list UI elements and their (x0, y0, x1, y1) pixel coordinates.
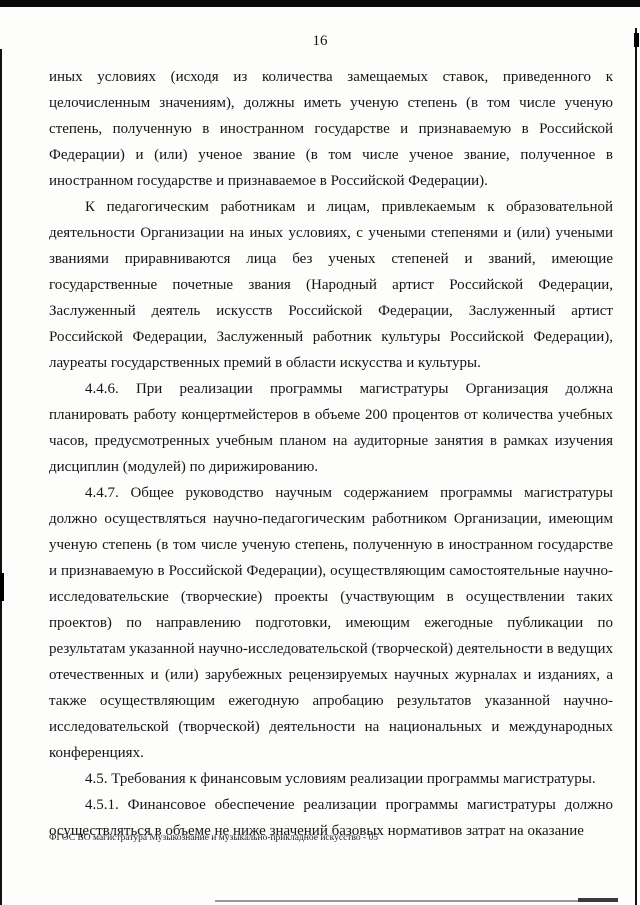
paragraph-4-5: 4.5. Требования к финансовым условиям ре… (49, 766, 613, 792)
scan-edge-bottom-dark-segment (578, 898, 618, 902)
paragraph-honorary-titles: К педагогическим работникам и лицам, при… (49, 194, 613, 376)
document-body: иных условиях (исходя из количества заме… (49, 64, 613, 844)
paragraph-continuation: иных условиях (исходя из количества заме… (49, 64, 613, 194)
paragraph-4-4-6: 4.4.6. При реализации программы магистра… (49, 376, 613, 480)
scan-edge-top (0, 0, 640, 7)
document-page: 16 иных условиях (исходя из количества з… (0, 0, 640, 905)
page-number: 16 (0, 32, 640, 50)
footer-note: ФГОС ВО магистратура Музыкознание и музы… (49, 832, 613, 844)
scan-edge-bottom-line (215, 900, 618, 902)
scan-edge-right (635, 28, 637, 905)
scan-edge-left (0, 49, 2, 905)
scan-edge-left-blob (0, 573, 4, 601)
paragraph-4-4-7: 4.4.7. Общее руководство научным содержа… (49, 480, 613, 766)
